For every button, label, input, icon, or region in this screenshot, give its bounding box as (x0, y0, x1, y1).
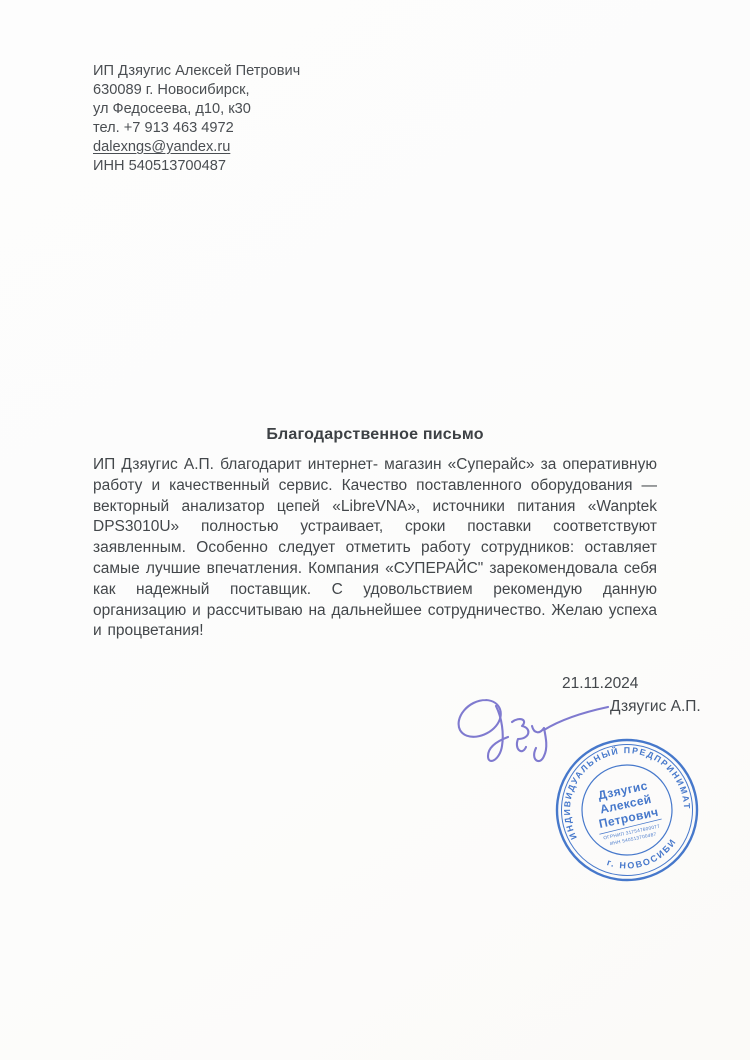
company-stamp: ИНДИВИДУАЛЬНЫЙ ПРЕДПРИНИМАТЕЛЬ г. НОВОСИ… (546, 729, 708, 891)
signer-name: Дзяугис А.П. (610, 698, 701, 716)
sender-name-line: ИП Дзяугис Алексей Петрович (93, 62, 300, 81)
sender-info: ИП Дзяугис Алексей Петрович 630089 г. Но… (93, 62, 300, 176)
letter-page: ИП Дзяугис Алексей Петрович 630089 г. Но… (0, 0, 750, 1060)
email-link[interactable]: dalexngs@yandex.ru (93, 139, 230, 155)
sender-postcode-city: 630089 г. Новосибирск, (93, 81, 300, 100)
letter-title: Благодарственное письмо (93, 426, 657, 444)
signature-stroke-loop (459, 700, 501, 737)
signature-stroke-descender (488, 706, 508, 761)
signature-stroke-tail (544, 707, 608, 730)
sender-street: ул Федосеева, д10, к30 (93, 100, 300, 119)
letter-body: ИП Дзяугис А.П. благодарит интернет- маг… (93, 455, 657, 642)
signature-stroke-z (512, 719, 528, 751)
sender-phone: тел. +7 913 463 4972 (93, 119, 300, 138)
signature-stroke-u (532, 726, 546, 761)
sender-inn: ИНН 540513700487 (93, 157, 300, 176)
